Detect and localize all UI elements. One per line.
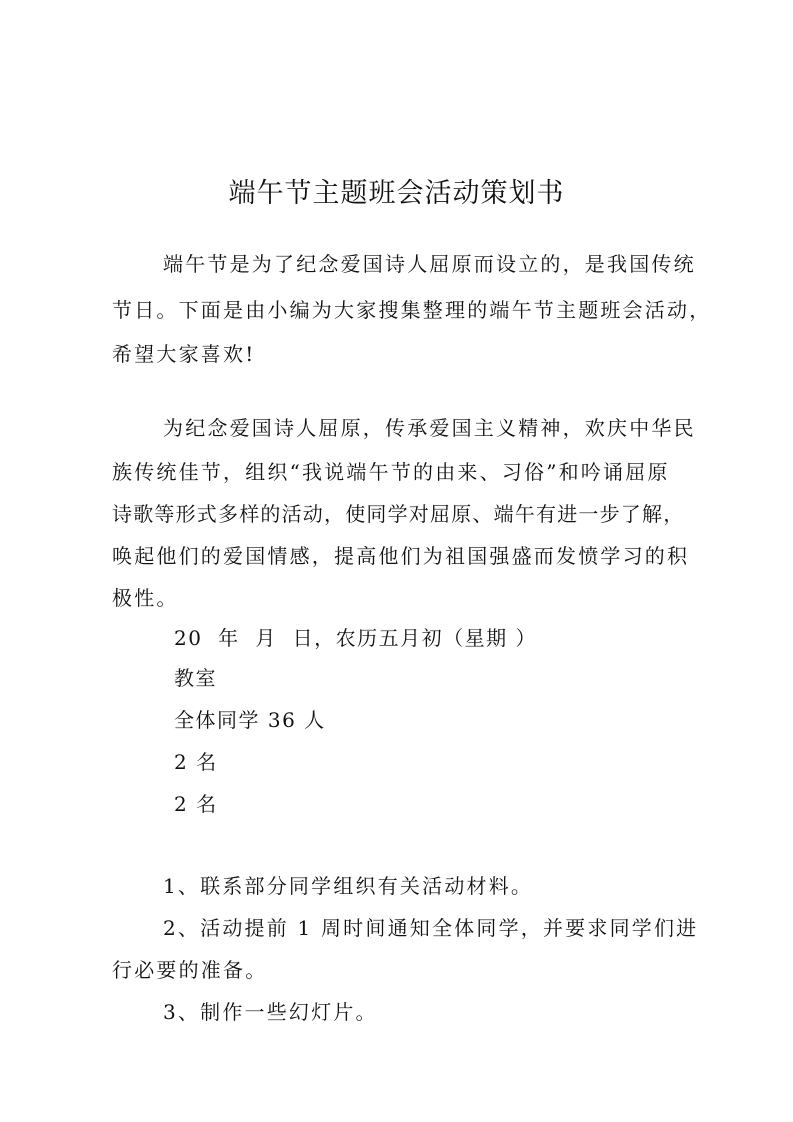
document-page: 端午节主题班会活动策划书 端午节是为了纪念爱国诗人屈原而设立的，是我国传统 节日… xyxy=(0,0,793,1122)
prep-item-2-line-1: 2、活动提前 1 周时间通知全体同学，并要求同学们进 xyxy=(163,914,698,942)
purpose-line-2: 族传统佳节，组织“我说端午节的由来、习俗”和吟诵屈原 xyxy=(112,458,670,486)
document-title: 端午节主题班会活动策划书 xyxy=(0,176,793,212)
intro-line-1: 端午节是为了纪念爱国诗人屈原而设立的，是我国传统 xyxy=(163,250,696,278)
activity-count-b: 2 名 xyxy=(174,790,218,818)
prep-item-2-line-2: 行必要的准备。 xyxy=(112,956,267,984)
prep-item-3: 3、制作一些幻灯片。 xyxy=(163,998,378,1026)
purpose-line-4: 唤起他们的爱国情感，提高他们为祖国强盛而发愤学习的积 xyxy=(112,542,689,570)
prep-item-1: 1、联系部分同学组织有关活动材料。 xyxy=(163,872,533,900)
activity-count-a: 2 名 xyxy=(174,748,218,776)
activity-place: 教室 xyxy=(174,664,217,692)
intro-line-3: 希望大家喜欢! xyxy=(112,340,255,368)
activity-time: 20 年 月 日，农历五月初（星期 ） xyxy=(174,624,537,652)
purpose-line-1: 为纪念爱国诗人屈原，传承爱国主义精神，欢庆中华民 xyxy=(163,414,696,442)
purpose-line-3: 诗歌等形式多样的活动，使同学对屈原、端午有进一步了解， xyxy=(112,500,684,528)
activity-participants: 全体同学 36 人 xyxy=(174,706,326,734)
purpose-line-5: 极性。 xyxy=(112,584,179,612)
intro-line-2: 节日。下面是由小编为大家搜集整理的端午节主题班会活动， xyxy=(112,296,711,324)
